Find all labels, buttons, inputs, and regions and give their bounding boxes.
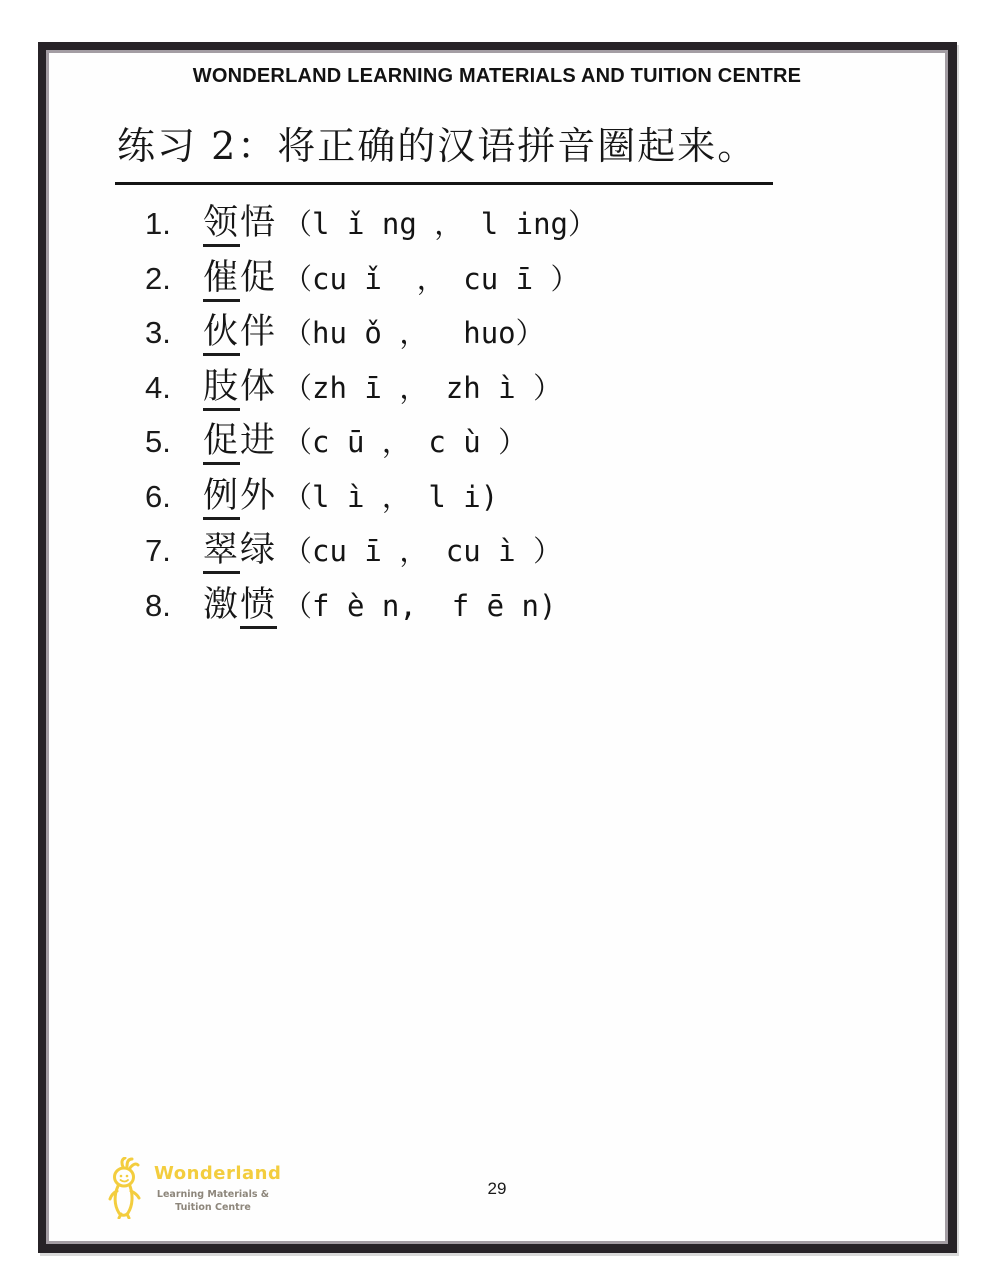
list-item: 4. 肢体 （zh ī ， zh ì ） (145, 359, 905, 414)
item-number: 5. (145, 424, 203, 460)
item-word: 肢体 (203, 359, 277, 409)
document-header-title: WONDERLAND LEARNING MATERIALS AND TUITIO… (49, 65, 945, 88)
pinyin-options: （zh ī ， zh ì ） (283, 366, 562, 407)
item-number: 6. (145, 479, 203, 515)
item-word: 激愤 (203, 577, 277, 627)
item-word: 促进 (203, 413, 277, 463)
exercise-title: 练习 2：将正确的汉语拼音圈起来。 (115, 115, 773, 185)
pinyin-options: （c ū ， c ù ） (283, 420, 527, 461)
pinyin-options: （l ì ， l i) (283, 475, 498, 516)
list-item: 6. 例外 （l ì ， l i) (145, 468, 905, 523)
word-plain: 外 (240, 476, 277, 516)
pinyin-options: （hu ǒ ， huo） (283, 311, 545, 352)
item-number: 4. (145, 370, 203, 406)
list-item: 5. 促进 （c ū ， c ù ） (145, 413, 905, 468)
word-plain: 绿 (240, 530, 277, 570)
word-underlined-char: 伙 (203, 312, 240, 356)
word-underlined-char: 翠 (203, 530, 240, 574)
item-number: 3. (145, 315, 203, 351)
word-underlined-char: 催 (203, 258, 240, 302)
pinyin-options: （f è n, f ē n) (283, 584, 556, 625)
item-word: 催促 (203, 250, 277, 300)
word-plain: 伴 (240, 312, 277, 352)
scanned-page-canvas: WONDERLAND LEARNING MATERIALS AND TUITIO… (0, 0, 995, 1280)
page: WONDERLAND LEARNING MATERIALS AND TUITIO… (46, 50, 948, 1244)
item-word: 领悟 (203, 195, 277, 245)
list-item: 7. 翠绿 （cu ī ， cu ì ） (145, 522, 905, 577)
word-plain: 进 (240, 421, 277, 461)
word-underlined-char: 愤 (240, 585, 277, 629)
pinyin-options: （cu ī ， cu ì ） (283, 529, 562, 570)
word-underlined-char: 例 (203, 476, 240, 520)
list-item: 8. 激愤 （f è n, f ē n) (145, 577, 905, 632)
word-underlined-char: 肢 (203, 367, 240, 411)
pinyin-options: （cu ǐ ， cu ī ） (283, 257, 580, 298)
word-underlined-char: 领 (203, 203, 240, 247)
list-item: 3. 伙伴 （hu ǒ ， huo） (145, 304, 905, 359)
item-word: 例外 (203, 468, 277, 518)
word-plain: 促 (240, 258, 277, 298)
item-number: 2. (145, 261, 203, 297)
word-underlined-char: 促 (203, 421, 240, 465)
page-number: 29 (49, 1179, 945, 1199)
item-word: 翠绿 (203, 522, 277, 572)
item-number: 1. (145, 206, 203, 242)
exercise-item-list: 1. 领悟 （l ǐ ng ， l ing） 2. 催促 （cu ǐ ， cu … (145, 195, 905, 631)
item-number: 7. (145, 533, 203, 569)
item-word: 伙伴 (203, 304, 277, 354)
word-plain: 激 (203, 585, 240, 625)
list-item: 1. 领悟 （l ǐ ng ， l ing） (145, 195, 905, 250)
pinyin-options: （l ǐ ng ， l ing） (283, 202, 597, 243)
word-plain: 体 (240, 367, 277, 407)
word-plain: 悟 (240, 203, 277, 243)
list-item: 2. 催促 （cu ǐ ， cu ī ） (145, 250, 905, 305)
item-number: 8. (145, 588, 203, 624)
page-scan-frame: WONDERLAND LEARNING MATERIALS AND TUITIO… (38, 42, 957, 1253)
